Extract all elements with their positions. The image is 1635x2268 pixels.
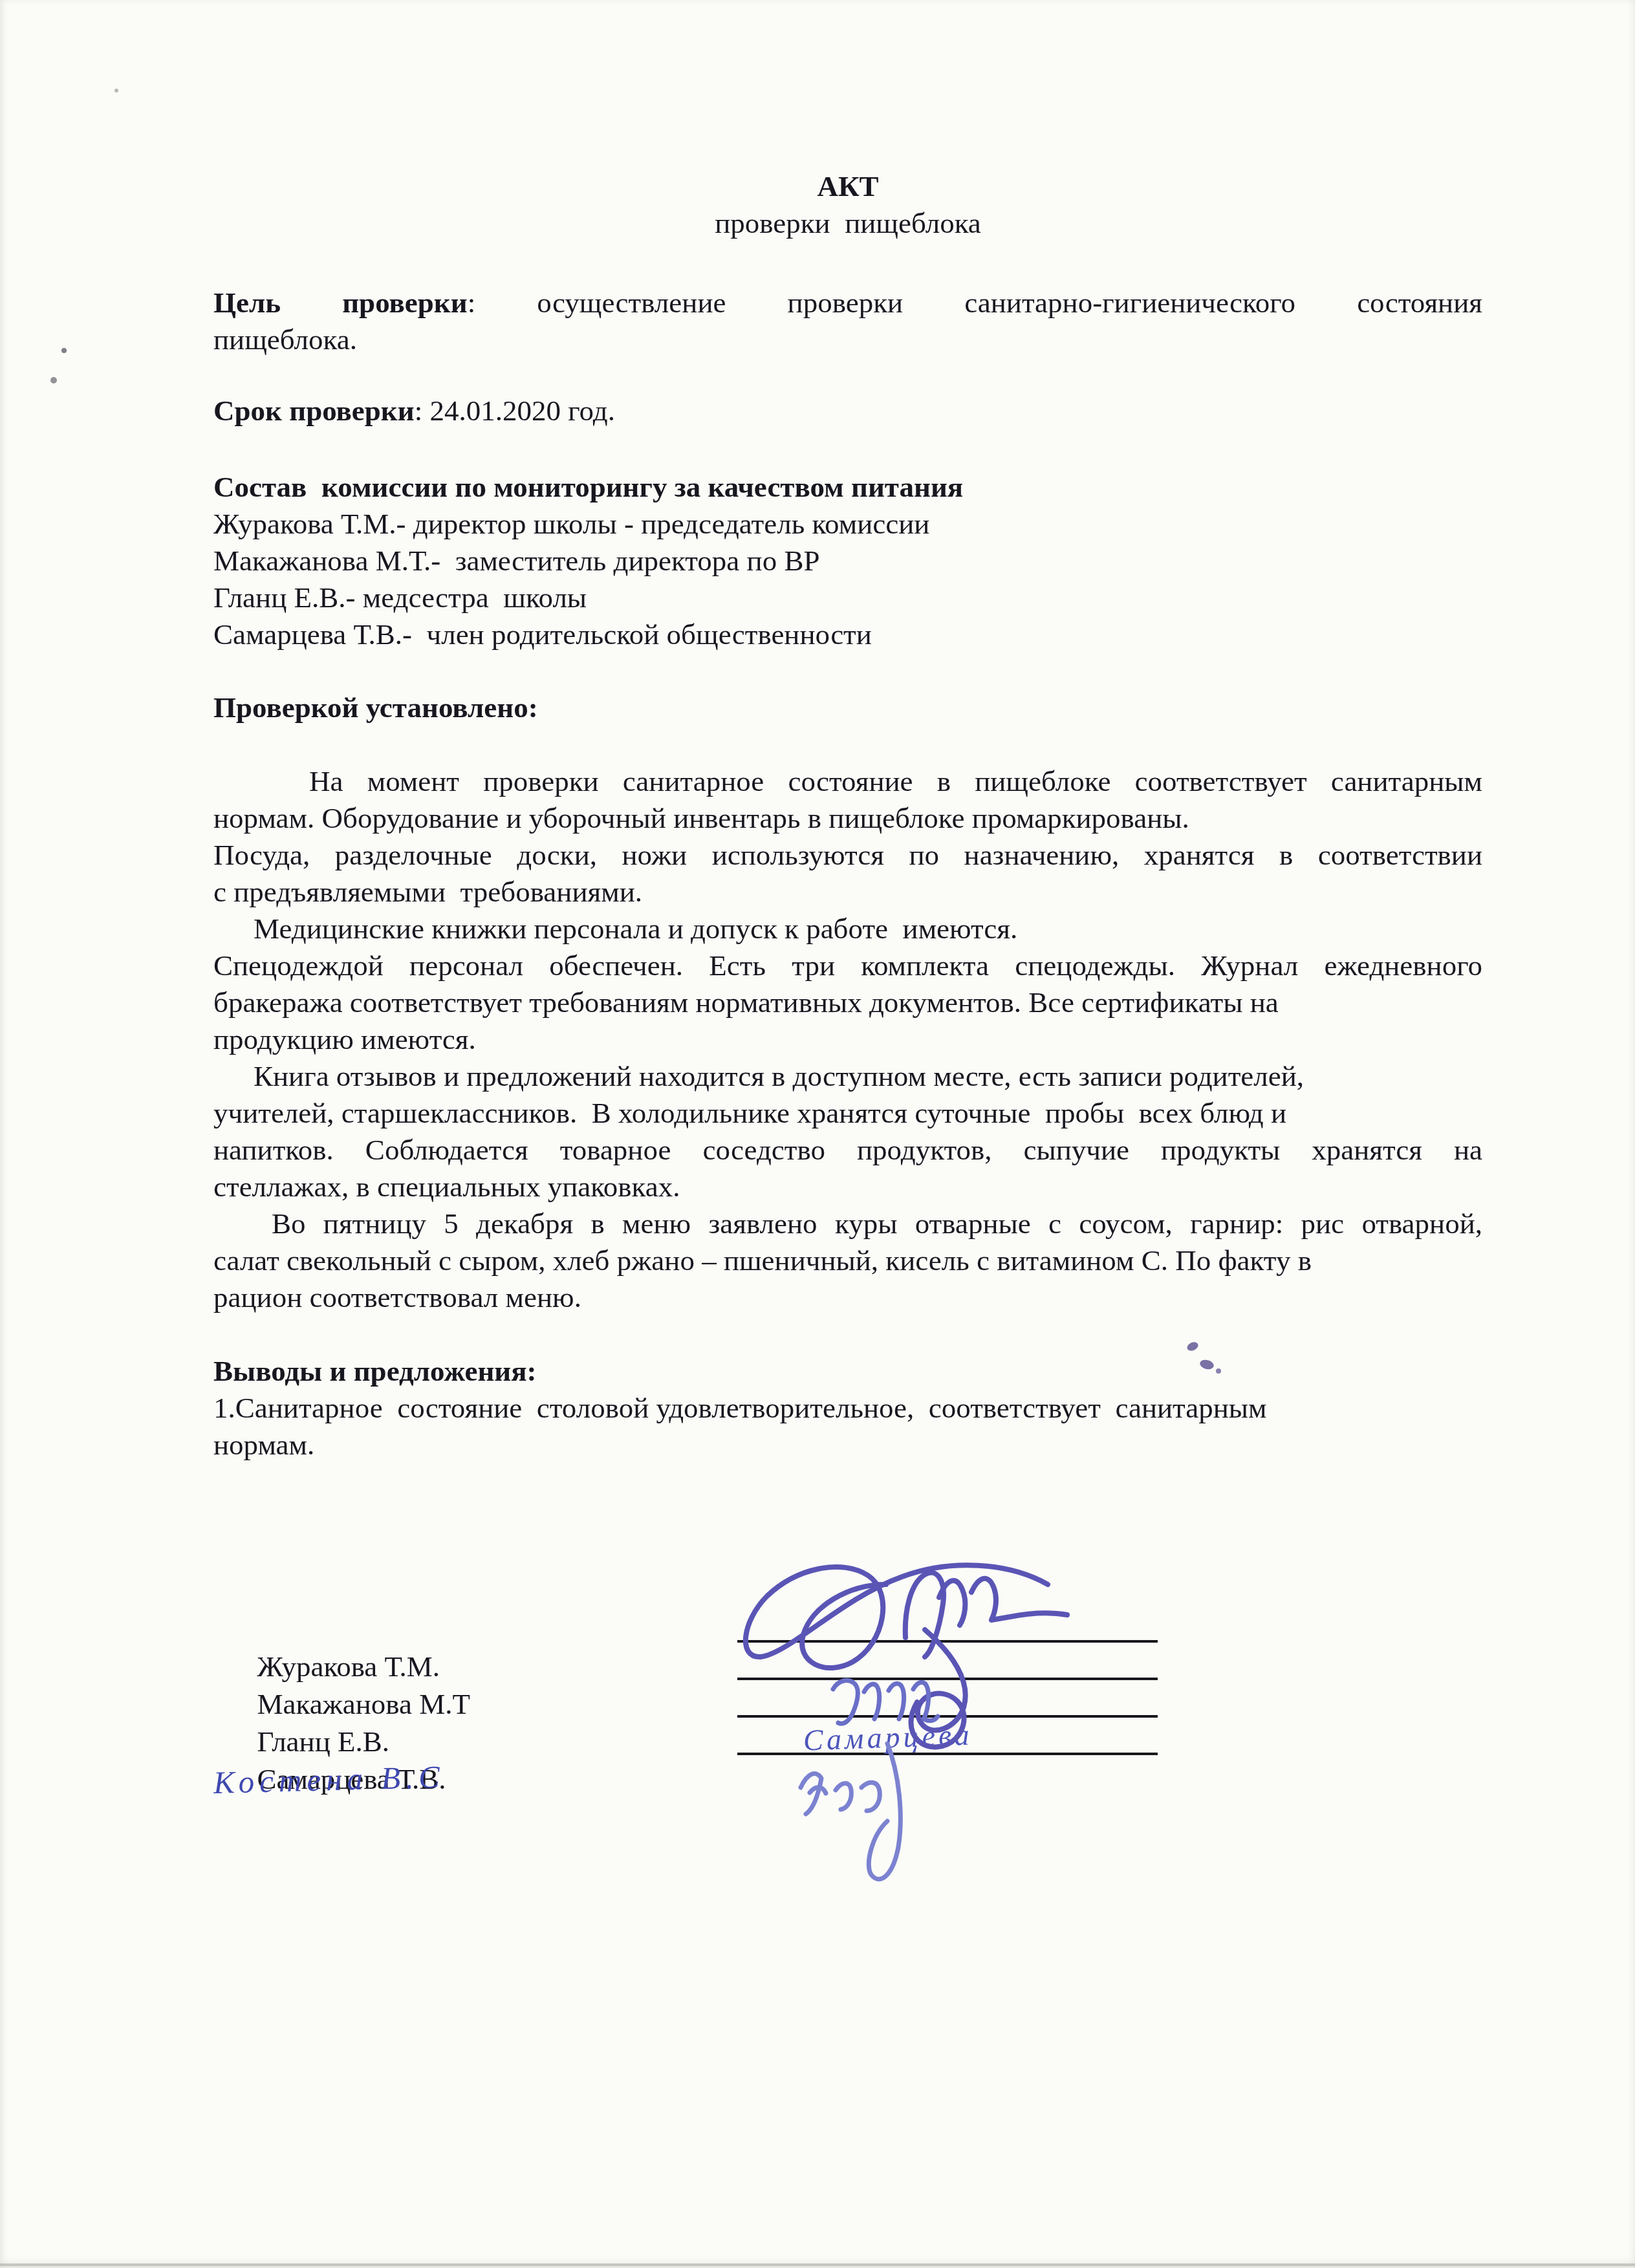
commission-member: Макажанова М.Т.- заместитель директора п… [213,543,1482,579]
signature-row: Гланц Е.В. [213,1687,1482,1724]
purpose-label: Цель проверки [213,286,468,319]
findings-line: нормам. Оборудование и уборочный инвента… [213,800,1482,837]
conclusions-line: 1.Санитарное состояние столовой удовлетв… [213,1390,1482,1427]
findings-line: бракеража соответствует требованиям норм… [213,984,1482,1021]
findings-line: напитков. Соблюдается товарное соседство… [213,1132,1482,1169]
conclusions-heading: Выводы и предложения: [213,1353,1482,1390]
commission-member: Гланц Е.В.- медсестра школы [213,579,1482,616]
term-value: : 24.01.2020 год. [415,394,615,427]
document-title: АКТ [213,168,1482,205]
purpose-line-1: Цель проверки: осуществление проверки са… [213,285,1482,321]
findings-line: продукцию имеются. [213,1021,1482,1058]
commission-heading: Состав комиссии по мониторингу за качест… [213,469,1482,506]
findings-line: с предъявляемыми требованиями. [213,874,1482,911]
findings-line: салат свекольный с сыром, хлеб ржано – п… [213,1242,1482,1279]
signature-line [737,1640,1158,1643]
commission-member: Журакова Т.М.- директор школы - председа… [213,506,1482,543]
commission-member: Самарцева Т.В.- член родительской общест… [213,616,1482,653]
purpose-line-2: пищеблока. [213,321,1482,358]
signature-row: Журакова Т.М. [213,1612,1482,1649]
findings-line: Спецодеждой персонал обеспечен. Есть три… [213,947,1482,984]
document-body: АКТ проверки пищеблока Цель проверки: ос… [213,168,1482,1801]
conclusions-line: нормам. [213,1427,1482,1463]
signature-row: Макажанова М.Т [213,1649,1482,1687]
findings-line: учителей, старшеклассников. В холодильни… [213,1095,1482,1132]
findings-line: Медицинские книжки персонала и допуск к … [213,911,1482,947]
scan-edge-line [0,2263,1635,2266]
term-label: Срок проверки [213,394,415,427]
scanned-document-page: АКТ проверки пищеблока Цель проверки: ос… [0,0,1635,2268]
signature-line [737,1678,1158,1680]
findings-line: стеллажах, в специальных упаковках. [213,1169,1482,1205]
purpose-text: : осуществление проверки санитарно-гигие… [468,286,1482,319]
findings-line: рацион соответствовал меню. [213,1279,1482,1316]
findings-heading: Проверкой установлено: [213,689,1482,726]
scan-speck [50,89,118,383]
findings-line: На момент проверки санитарное состояние … [213,763,1482,800]
findings-line: Книга отзывов и предложений находится в … [213,1058,1482,1095]
findings-line: Посуда, разделочные доски, ножи использу… [213,837,1482,874]
document-subtitle: проверки пищеблока [213,205,1482,242]
term-line: Срок проверки: 24.01.2020 год. [213,393,1482,429]
findings-line: Во пятницу 5 декабря в меню заявлено кур… [213,1205,1482,1242]
